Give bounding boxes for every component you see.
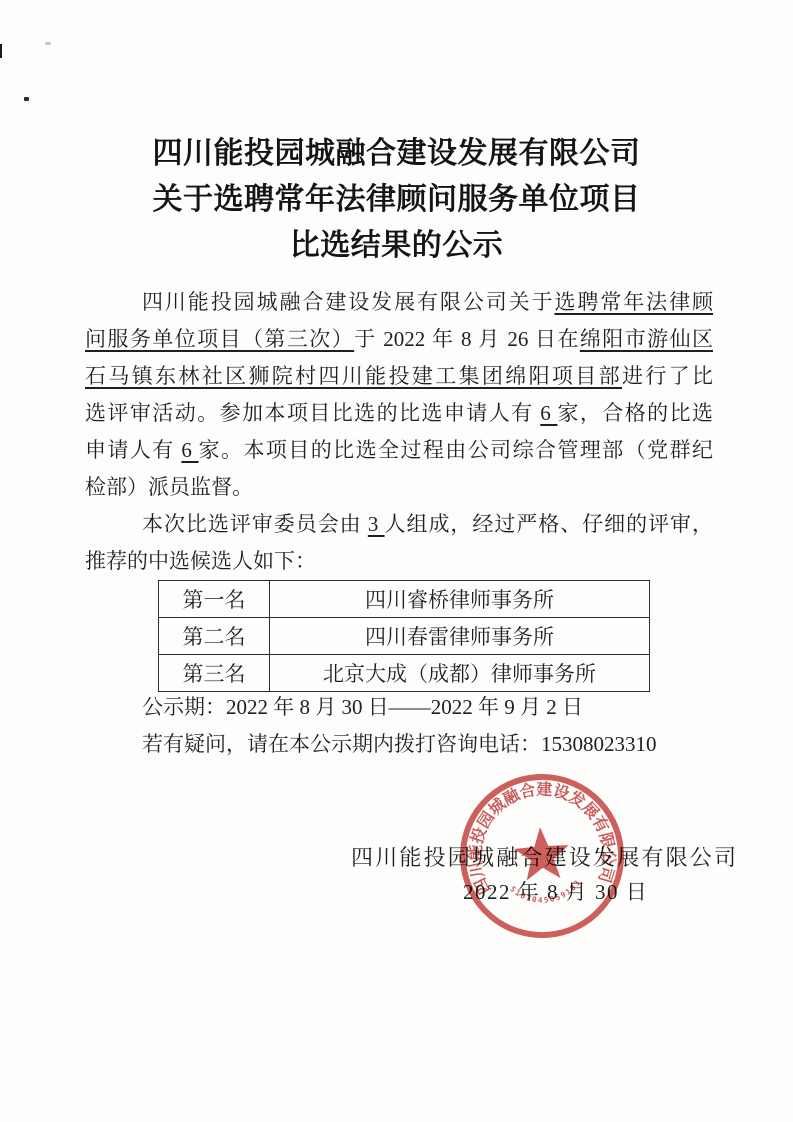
rank-cell: 第二名 bbox=[159, 618, 270, 655]
text-segment: 本次比选评审委员会由 bbox=[142, 512, 368, 536]
table-row: 第三名北京大成（成都）律师事务所 bbox=[159, 655, 650, 692]
firm-name-cell: 北京大成（成都）律师事务所 bbox=[270, 655, 650, 692]
table-row: 第一名四川睿桥律师事务所 bbox=[159, 581, 650, 618]
text-segment: 四川能投园城融合建设发展有限公司关于 bbox=[142, 290, 555, 314]
body-line: 选评审活动。参加本项目比选的比选申请人有 6 家，合格的比选 bbox=[85, 395, 713, 432]
document-title: 四川能投园城融合建设发展有限公司 关于选聘常年法律顾问服务单位项目 比选结果的公… bbox=[0, 131, 793, 269]
text-segment: 家，合格的比选 bbox=[557, 401, 713, 425]
signature-company-name: 四川能投园城融合建设发展有限公司 bbox=[351, 841, 738, 872]
text-segment: 推荐的中选候选人如下： bbox=[85, 549, 316, 573]
ranking-table-body: 第一名四川睿桥律师事务所第二名四川春雷律师事务所第三名北京大成（成都）律师事务所 bbox=[159, 581, 650, 692]
notice-block: 公示期：2022 年 8 月 30 日——2022 年 9 月 2 日 若有疑问… bbox=[85, 689, 735, 763]
body-paragraphs: 四川能投园城融合建设发展有限公司关于选聘常年法律顾问服务单位项目（第三次）于 2… bbox=[85, 284, 713, 580]
body-line: 本次比选评审委员会由 3 人组成，经过严格、仔细的评审， bbox=[85, 506, 713, 543]
underlined-text-segment: 问服务单位项目（第三次） bbox=[85, 327, 354, 351]
underlined-text-segment: 选聘常年法律顾 bbox=[555, 290, 714, 314]
signature-date: 2022 年 8 月 30 日 bbox=[463, 876, 648, 906]
body-line: 检部）派员监督。 bbox=[85, 469, 713, 506]
announcement-document: 四川能投园城融合建设发展有限公司 关于选聘常年法律顾问服务单位项目 比选结果的公… bbox=[0, 0, 793, 1122]
underlined-text-segment: 石马镇东林社区狮院村四川能投建工集团绵阳项目部 bbox=[85, 364, 622, 388]
body-line: 石马镇东林社区狮院村四川能投建工集团绵阳项目部进行了比 bbox=[85, 358, 713, 395]
text-segment: 进行了比 bbox=[622, 364, 713, 388]
scan-artifact bbox=[0, 44, 2, 58]
scan-artifact bbox=[24, 97, 29, 101]
title-line: 关于选聘常年法律顾问服务单位项目 bbox=[0, 177, 793, 223]
underlined-text-segment: 3 bbox=[368, 512, 385, 536]
candidate-ranking-table: 第一名四川睿桥律师事务所第二名四川春雷律师事务所第三名北京大成（成都）律师事务所 bbox=[158, 580, 650, 692]
publicity-period-line: 公示期：2022 年 8 月 30 日——2022 年 9 月 2 日 bbox=[85, 689, 735, 726]
text-segment: 人组成，经过严格、仔细的评审， bbox=[385, 512, 713, 536]
underlined-text-segment: 6 bbox=[181, 438, 198, 462]
rank-cell: 第一名 bbox=[159, 581, 270, 618]
title-line: 比选结果的公示 bbox=[0, 223, 793, 269]
contact-phone-line: 若有疑问，请在本公示期内拨打咨询电话：15308023310 bbox=[85, 726, 735, 763]
firm-name-cell: 四川睿桥律师事务所 bbox=[270, 581, 650, 618]
text-segment: 检部）派员监督。 bbox=[85, 475, 253, 499]
scan-artifact bbox=[45, 42, 51, 45]
underlined-text-segment: 绵阳市游仙区 bbox=[580, 327, 713, 351]
body-line: 四川能投园城融合建设发展有限公司关于选聘常年法律顾 bbox=[85, 284, 713, 321]
text-segment: 家。本项目的比选全过程由公司综合管理部（党群纪 bbox=[199, 438, 713, 462]
body-line: 推荐的中选候选人如下： bbox=[85, 543, 713, 580]
text-segment: 选评审活动。参加本项目比选的比选申请人有 bbox=[85, 401, 540, 425]
rank-cell: 第三名 bbox=[159, 655, 270, 692]
text-segment: 申请人有 bbox=[85, 438, 181, 462]
body-line: 申请人有 6 家。本项目的比选全过程由公司综合管理部（党群纪 bbox=[85, 432, 713, 469]
title-line: 四川能投园城融合建设发展有限公司 bbox=[0, 131, 793, 177]
text-segment: 于 2022 年 8 月 26 日在 bbox=[354, 327, 580, 351]
table-row: 第二名四川春雷律师事务所 bbox=[159, 618, 650, 655]
firm-name-cell: 四川春雷律师事务所 bbox=[270, 618, 650, 655]
body-line: 问服务单位项目（第三次）于 2022 年 8 月 26 日在绵阳市游仙区 bbox=[85, 321, 713, 358]
underlined-text-segment: 6 bbox=[540, 401, 557, 425]
